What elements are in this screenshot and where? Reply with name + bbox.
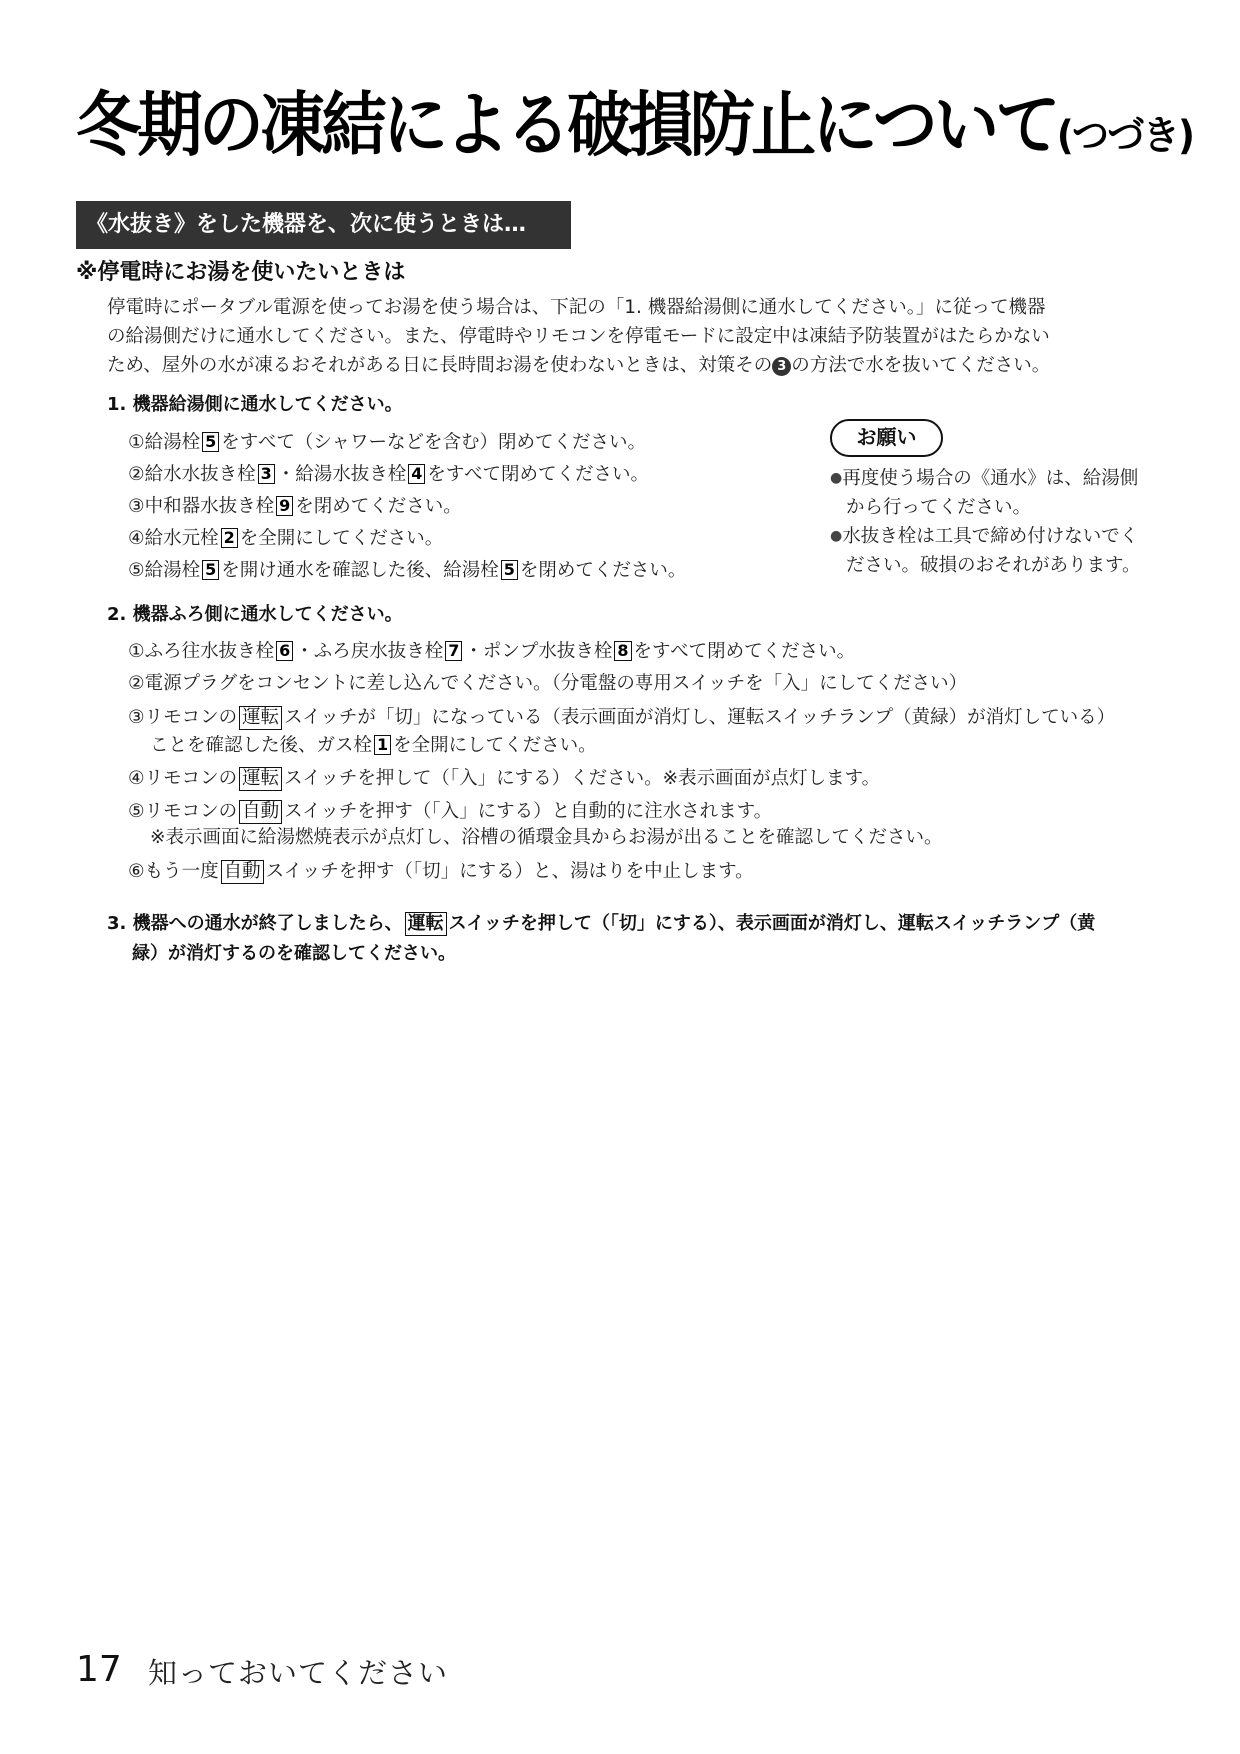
auto-switch-label: 自動 xyxy=(239,800,282,824)
circled-number-icon: 3 xyxy=(772,357,791,376)
bullet-icon: ● xyxy=(830,470,842,486)
run-switch-label: 運転 xyxy=(405,912,447,936)
step-2-heading: 2. 機器ふろ側に通水してください。 xyxy=(107,602,403,628)
valve-number-box: 5 xyxy=(202,432,219,452)
step-3: 3. 機器への通水が終了しましたら、運転スイッチを押して（「切」にする）、表示画… xyxy=(107,909,1187,969)
step-1-item-3: ③中和器水抜き栓9を閉めてください。 xyxy=(128,494,462,520)
valve-number-box: 9 xyxy=(276,496,293,516)
auto-switch-label: 自動 xyxy=(221,860,264,884)
valve-number-box: 7 xyxy=(445,641,462,661)
page-title-main: 冬期の凍結による破損防止について xyxy=(76,84,1057,166)
step-1-item-2: ②給水水抜き栓3・給湯水抜き栓4をすべて閉めてください。 xyxy=(128,462,649,488)
step-2-item-3: ③リモコンの運転スイッチが「切」になっている（表示画面が消灯し、運転スイッチラン… xyxy=(128,705,1115,731)
step-2-item-1: ①ふろ往水抜き栓6・ふろ戻水抜き栓7・ポンプ水抜き栓8をすべて閉めてください。 xyxy=(128,639,855,665)
step-2-item-4: ④リモコンの運転スイッチを押して（「入」にする）ください。※表示画面が点灯します… xyxy=(128,766,880,792)
intro-line-2: の給湯側だけに通水してください。また、停電時やリモコンを停電モードに設定中は凍結… xyxy=(107,322,1182,351)
valve-number-box: 5 xyxy=(202,560,219,580)
step-2-item-3-cont: ことを確認した後、ガス栓1を全開にしてください。 xyxy=(150,733,597,759)
step-2-item-5: ⑤リモコンの自動スイッチを押す（「入」にする）と自動的に注水されます。 xyxy=(128,799,772,825)
page-title: 冬期の凍結による破損防止について(つづき) xyxy=(76,80,1193,181)
step-2-item-6: ⑥もう一度自動スイッチを押す（「切」にする）と、湯はりを中止します。 xyxy=(128,859,754,885)
power-outage-subheading: ※停電時にお湯を使いたいときは xyxy=(76,258,405,288)
section-heading-bar: 《水抜き》をした機器を、次に使うときは… xyxy=(76,201,571,249)
step-1-heading: 1. 機器給湯側に通水してください。 xyxy=(107,392,403,418)
bullet-icon: ● xyxy=(830,528,842,544)
step-1-item-5: ⑤給湯栓5を開け通水を確認した後、給湯栓5を閉めてください。 xyxy=(128,558,686,584)
notice-item-2: ●水抜き栓は工具で締め付けないでく ださい。破損のおそれがあります。 xyxy=(830,522,1190,580)
step-1-item-4: ④給水元栓2を全開にしてください。 xyxy=(128,526,443,552)
step-2-item-5-note: ※表示画面に給湯燃焼表示が点灯し、浴槽の循環金具からお湯が出ることを確認してくだ… xyxy=(150,825,943,851)
page-number: 17 xyxy=(76,1650,122,1690)
intro-paragraph: 停電時にポータブル電源を使ってお湯を使う場合は、下記の「1. 機器給湯側に通水し… xyxy=(107,293,1182,380)
valve-number-box: 8 xyxy=(614,641,631,661)
valve-number-box: 2 xyxy=(221,528,238,548)
step-1-item-1: ①給湯栓5をすべて（シャワーなどを含む）閉めてください。 xyxy=(128,430,646,456)
intro-line-3: ため、屋外の水が凍るおそれがある日に長時間お湯を使わないときは、対策その3の方法… xyxy=(107,351,1182,380)
notice-label: お願い xyxy=(830,419,943,457)
valve-number-box: 5 xyxy=(501,560,518,580)
chapter-label: 知っておいてください xyxy=(148,1655,448,1691)
valve-number-box: 3 xyxy=(258,464,275,484)
intro-line-1: 停電時にポータブル電源を使ってお湯を使う場合は、下記の「1. 機器給湯側に通水し… xyxy=(107,293,1182,322)
step-2-item-2: ②電源プラグをコンセントに差し込んでください。（分電盤の専用スイッチを「入」にし… xyxy=(128,671,967,697)
valve-number-box: 6 xyxy=(276,641,293,661)
run-switch-label: 運転 xyxy=(239,767,282,791)
valve-number-box: 4 xyxy=(408,464,425,484)
run-switch-label: 運転 xyxy=(239,706,282,730)
page-title-suffix: (つづき) xyxy=(1057,113,1193,159)
valve-number-box: 1 xyxy=(374,735,391,755)
notice-item-1: ●再度使う場合の《通水》は、給湯側 から行ってください。 xyxy=(830,464,1190,522)
